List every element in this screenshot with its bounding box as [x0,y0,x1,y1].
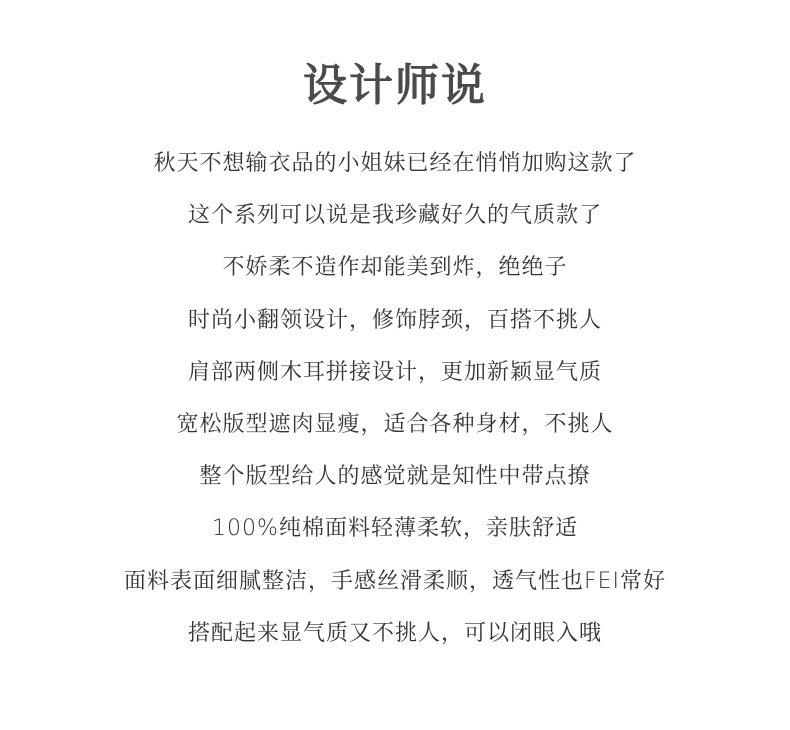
description-lines: 秋天不想输衣品的小姐妹已经在悄悄加购这款了 这个系列可以说是我珍藏好久的气质款了… [0,146,790,668]
description-line: 秋天不想输衣品的小姐妹已经在悄悄加购这款了 [0,146,790,198]
description-line: 肩部两侧木耳拼接设计，更加新颖显气质 [0,355,790,407]
description-line: 搭配起来显气质又不挑人，可以闭眼入哦 [0,616,790,668]
description-line: 整个版型给人的感觉就是知性中带点撩 [0,459,790,511]
description-line: 这个系列可以说是我珍藏好久的气质款了 [0,198,790,250]
description-line: 宽松版型遮肉显瘦，适合各种身材，不挑人 [0,407,790,459]
description-line: 不娇柔不造作却能美到炸，绝绝子 [0,250,790,302]
description-line: 面料表面细腻整洁，手感丝滑柔顺，透气性也FEI常好 [0,564,790,616]
designer-notes-page: 设计师说 秋天不想输衣品的小姐妹已经在悄悄加购这款了 这个系列可以说是我珍藏好久… [0,0,790,730]
description-line: 100%纯棉面料轻薄柔软，亲肤舒适 [0,511,790,563]
description-line: 时尚小翻领设计，修饰脖颈，百搭不挑人 [0,303,790,355]
page-title: 设计师说 [0,56,790,116]
